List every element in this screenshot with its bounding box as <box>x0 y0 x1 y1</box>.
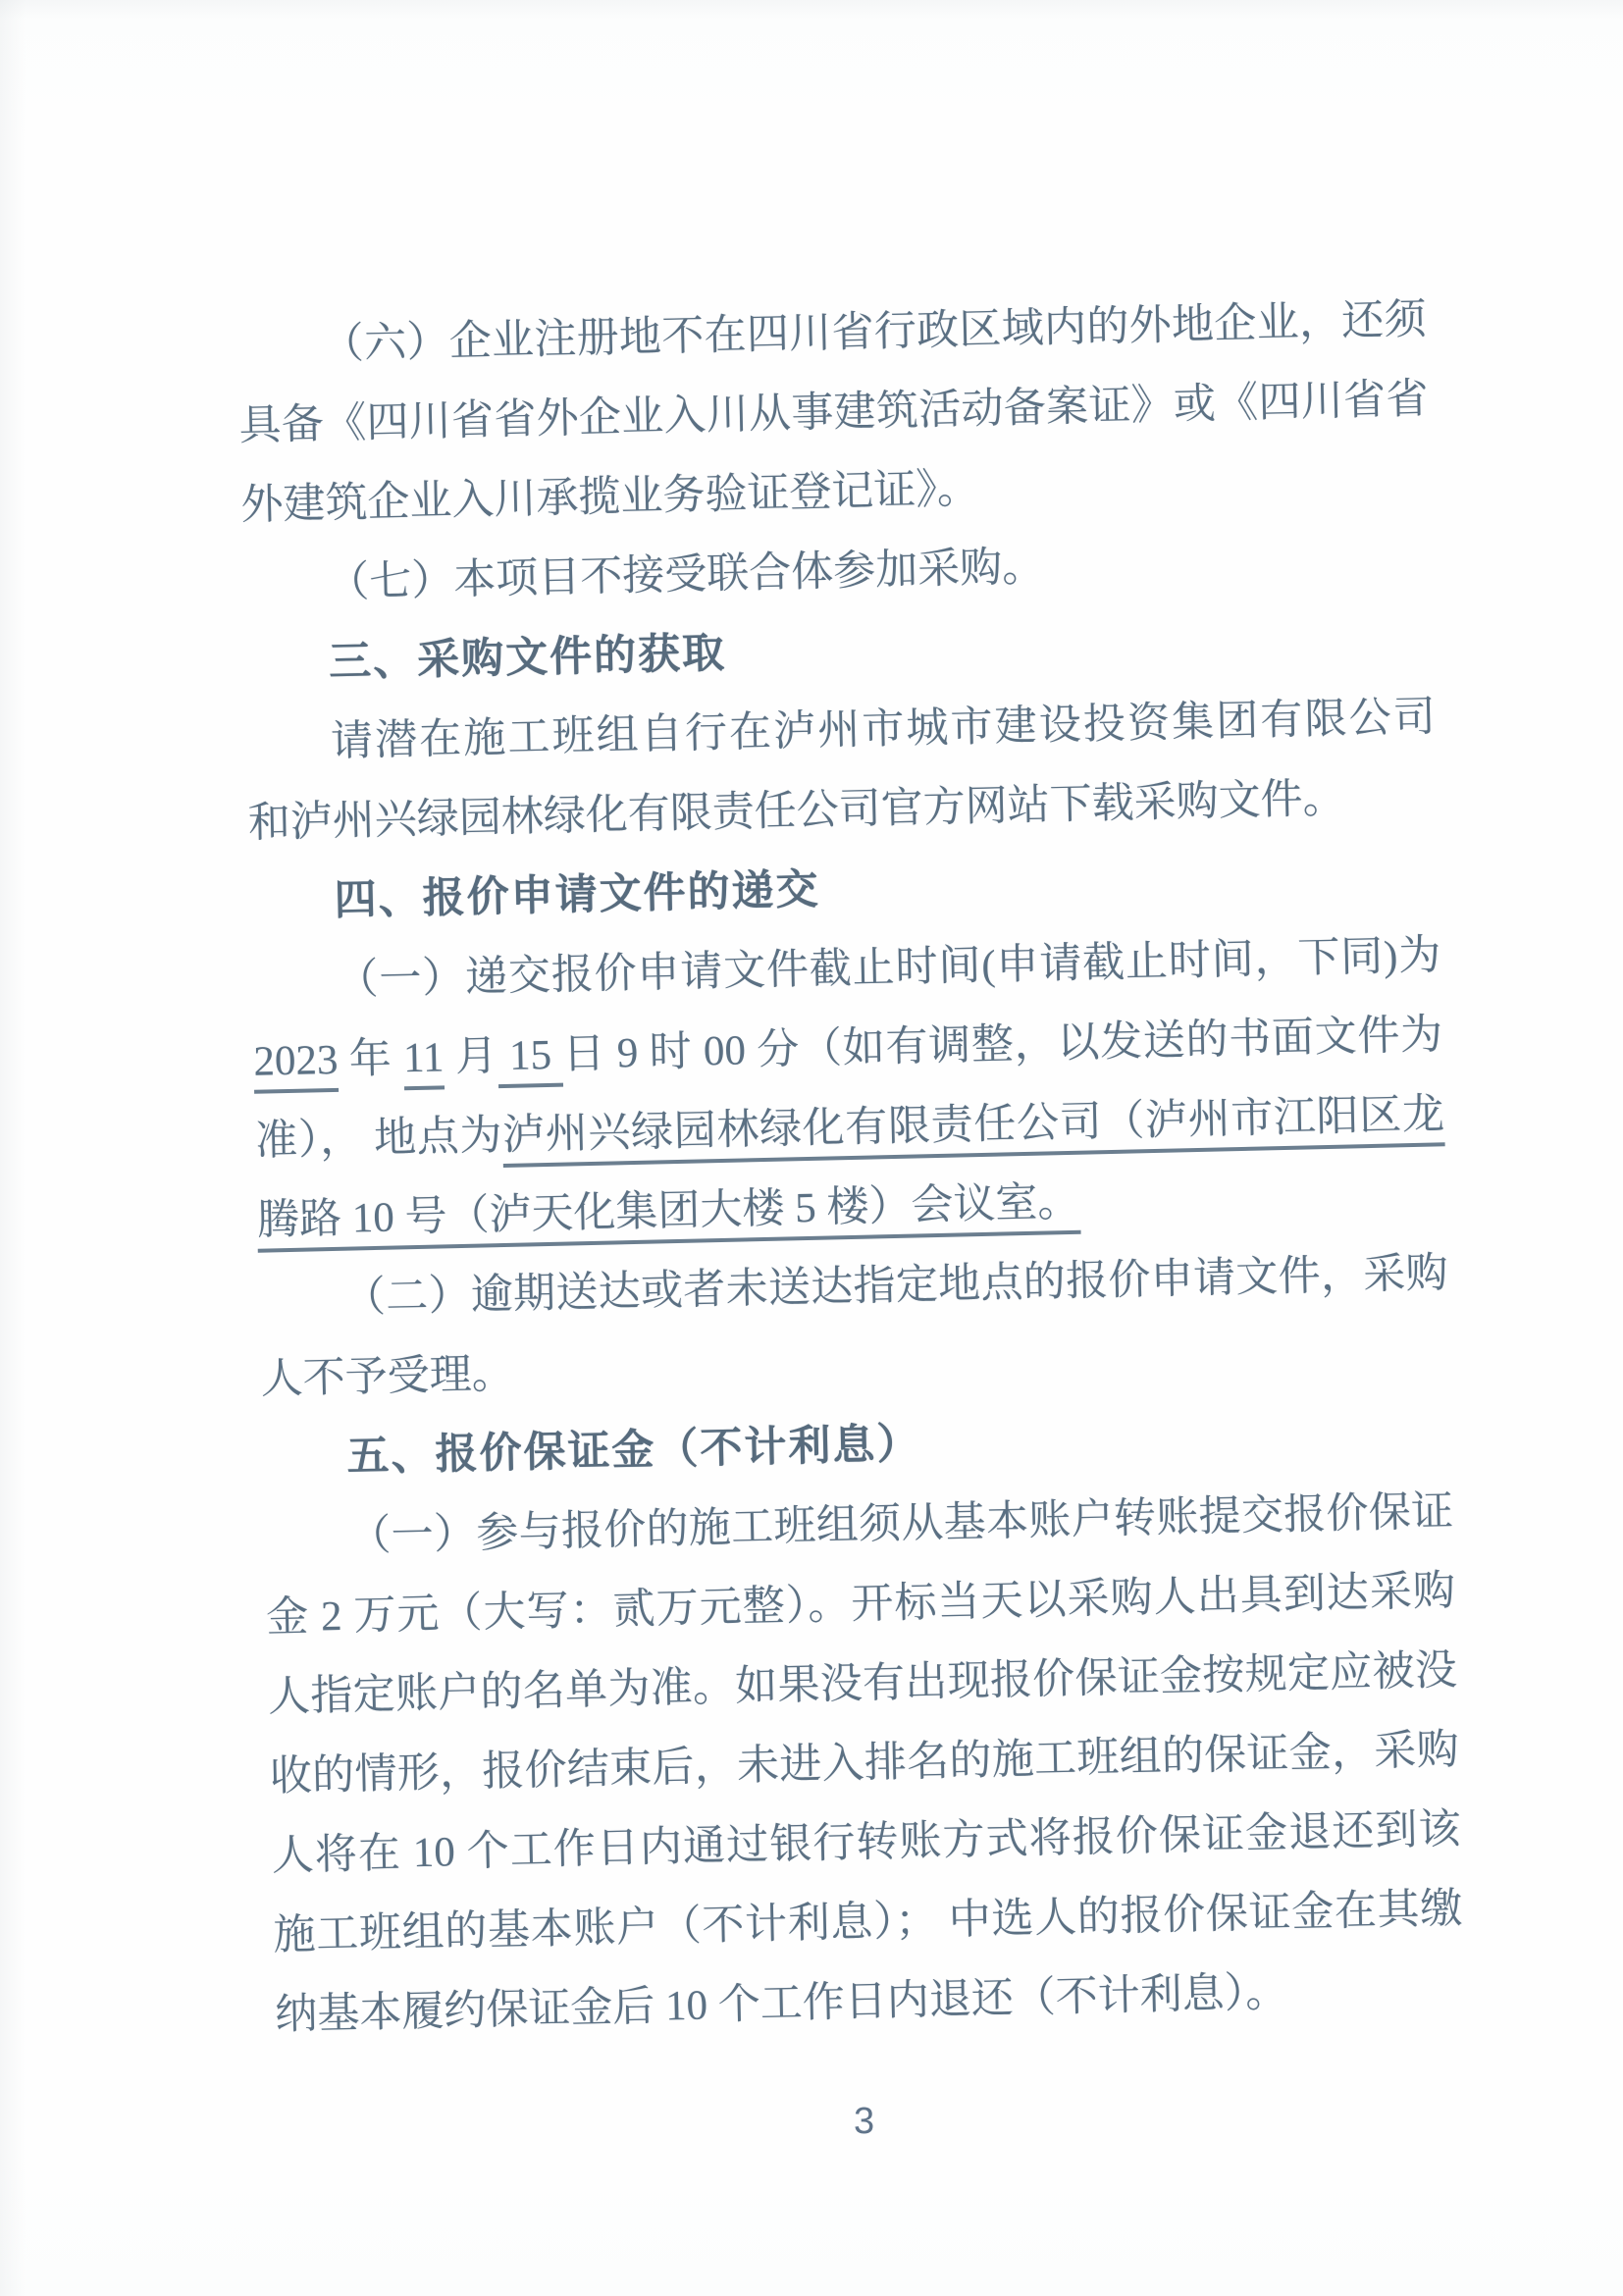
doc-text: （七）本项目不接受联合体参加采购。 <box>327 544 1045 606</box>
doc-text: 纳基本履约保证金后 10 个工作日内退还（不计利息）。 <box>275 1969 1288 2038</box>
doc-text: 具备《四川省省外企业入川从事建筑活动备案证》或《四川省省 <box>238 376 1429 448</box>
doc-text: 收的情形，报价结束后，未进入排名的施工班组的保证金，采购 <box>269 1727 1459 1800</box>
doc-text: 人将在 10 个工作日内通过银行转账方式将报价保证金退还到该 <box>271 1806 1461 1879</box>
doc-text: 金 2 万元（大写：贰万元整）。开标当天以采购人出具到达采购 <box>266 1568 1456 1641</box>
doc-text: 日 9 时 00 分（如有调整，以发送的书面文件为 <box>562 1012 1443 1077</box>
doc-text: 人指定账户的名单为准。如果没有出现报价保证金按规定应被没 <box>268 1647 1458 1720</box>
doc-text: 和泸州兴绿园林绿化有限责任公司官方网站下载采购文件。 <box>247 775 1345 846</box>
deadline-month-underlined: 11 <box>403 1034 445 1090</box>
doc-text: 人不予受理。 <box>260 1351 514 1403</box>
heading-text: 三、采购文件的获取 <box>329 630 727 686</box>
location-line2-underlined: 腾路 10 号（泸天化集团大楼 5 楼）会议室。 <box>257 1179 1081 1253</box>
heading-text: 五、报价保证金（不计利息） <box>346 1420 921 1480</box>
deadline-day-underlined: 15 <box>497 1032 563 1088</box>
doc-text: 施工班组的基本账户（不计利息）； 中选人的报价保证金在其缴 <box>273 1886 1463 1958</box>
scanned-document-page: （六）企业注册地不在四川省行政区域内的外地企业，还须 具备《四川省省外企业入川从… <box>0 0 1623 2296</box>
scan-edge-shading-left <box>0 0 26 2296</box>
doc-text: （二）逾期送达或者未送达指定地点的报价申请文件，采购 <box>342 1250 1448 1322</box>
doc-text: （一）递交报价申请文件截止时间(申请截止时间，下同)为 <box>336 932 1441 1004</box>
heading-text: 四、报价申请文件的递交 <box>334 866 820 924</box>
doc-text: 外建筑企业入川承揽业务验证登记证》。 <box>240 466 979 529</box>
location-underlined: 泸州兴绿园林绿化有限责任公司（泸州市江阳区龙 <box>502 1091 1445 1168</box>
deadline-year-underlined: 2023 <box>253 1037 339 1094</box>
doc-text: （一）参与报价的施工班组须从基本账户转账提交报价保证 <box>348 1488 1454 1560</box>
doc-text: 月 <box>444 1033 498 1080</box>
doc-text: （六）企业注册地不在四川省行政区域内的外地企业，还须 <box>321 296 1427 368</box>
document-body: （六）企业注册地不在四川省行政区域内的外地企业，还须 具备《四川省省外企业入川从… <box>236 280 1465 2055</box>
doc-text: 请潜在施工班组自行在泸州市城市建设投资集团有限公司 <box>330 694 1436 765</box>
page-number: 3 <box>854 2102 874 2141</box>
doc-text: 年 <box>338 1035 404 1083</box>
doc-text: 准）， 地点为 <box>255 1113 503 1165</box>
scan-edge-shading-top <box>0 0 1623 20</box>
